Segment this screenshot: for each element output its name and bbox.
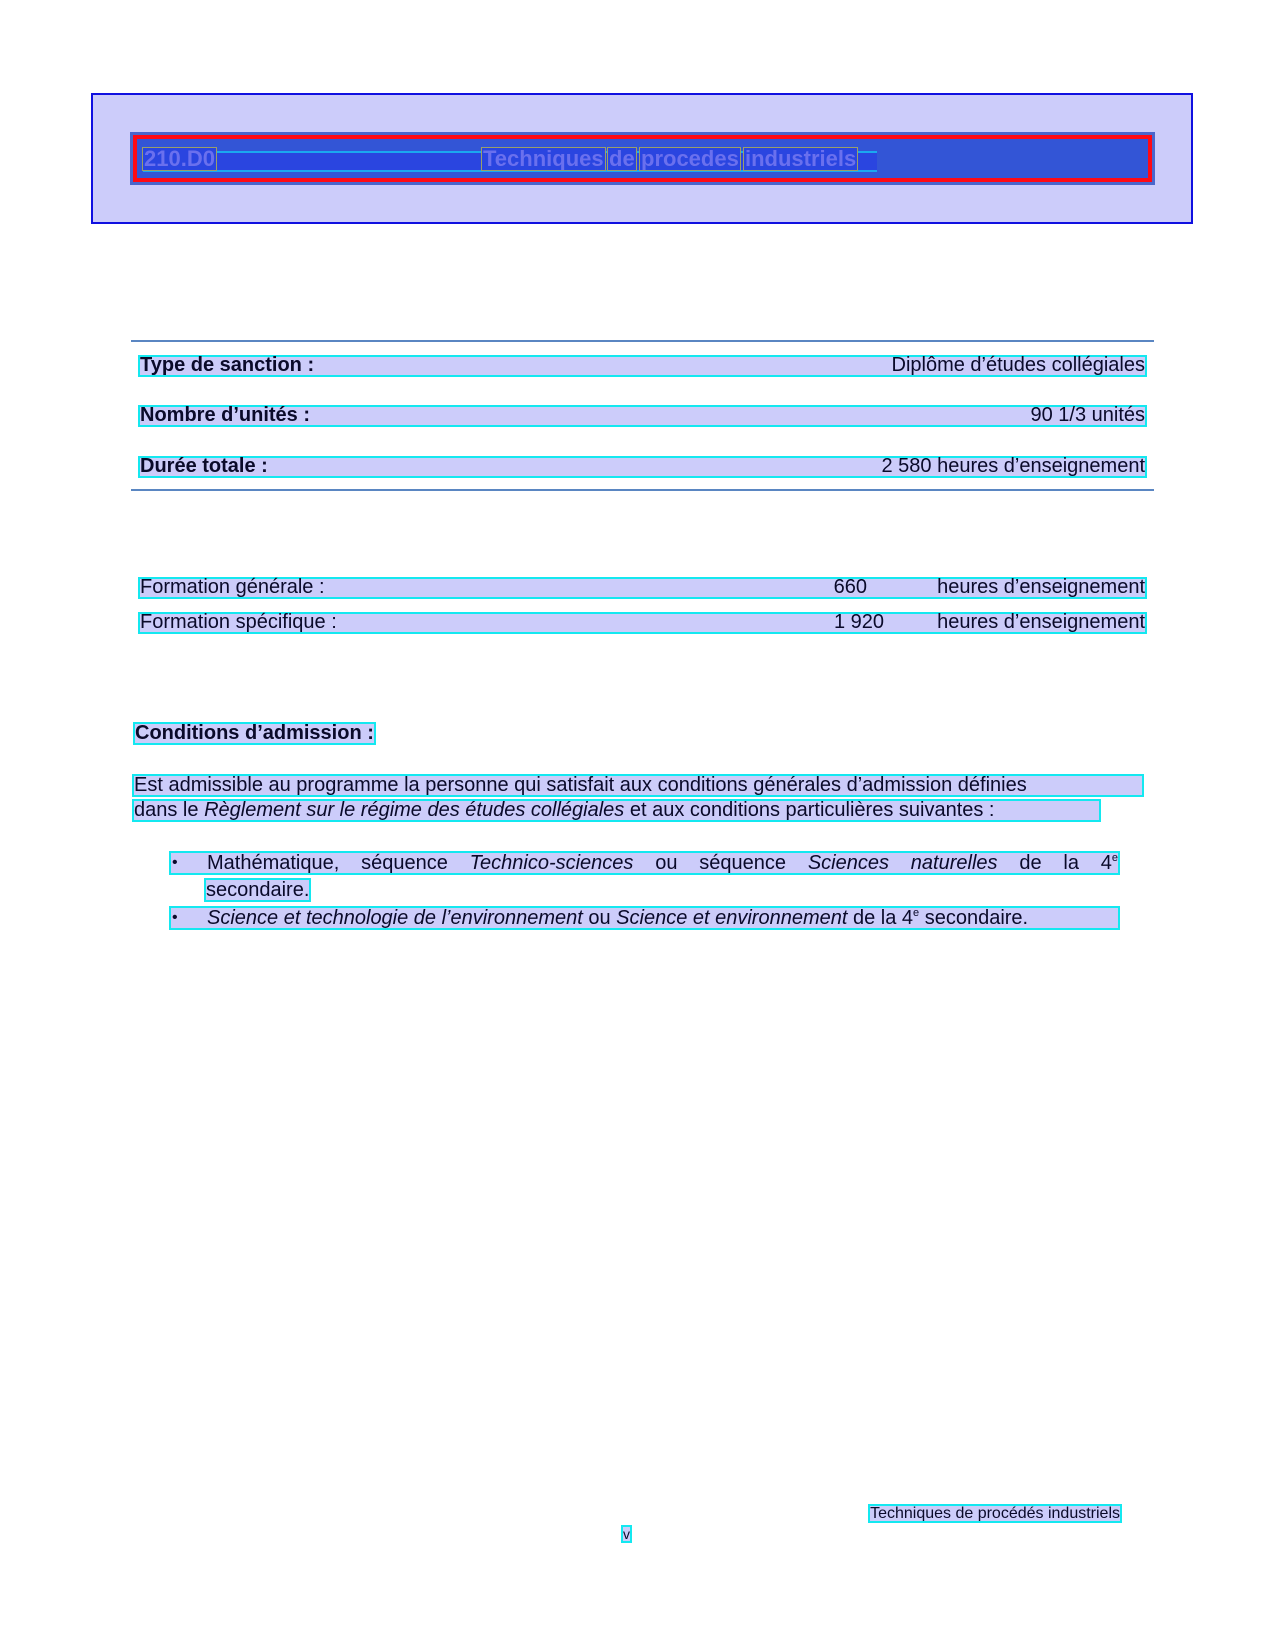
summary-value: 90 1/3 unités bbox=[1030, 404, 1145, 426]
summary-value: Diplôme d’études collégiales bbox=[892, 354, 1145, 376]
bullet-dot-icon: • bbox=[172, 907, 178, 929]
superscript: e bbox=[1112, 852, 1118, 864]
program-title-word: Techniques bbox=[482, 148, 605, 170]
formation-row-generale: Formation générale : 660 heures d’enseig… bbox=[140, 579, 1145, 597]
admission-paragraph-line-2: dans le Règlement sur le régime des étud… bbox=[134, 801, 1099, 820]
text: Mathématique, séquence bbox=[207, 852, 470, 874]
text: dans le bbox=[134, 799, 204, 821]
summary-label: Type de sanction : bbox=[140, 354, 314, 376]
admission-bullet-1: • Mathématique, séquence Technico-scienc… bbox=[171, 853, 1118, 873]
program-title-bar: 210.D0 Techniques de procedes industriel… bbox=[130, 132, 1155, 185]
text: ou séquence bbox=[633, 852, 807, 874]
program-title-word: procedes bbox=[640, 148, 740, 170]
program-title-word: de bbox=[608, 148, 636, 170]
formation-row-specifique: Formation spécifique : 1 920 heures d’en… bbox=[140, 614, 1145, 632]
formation-label: Formation spécifique : bbox=[140, 611, 337, 633]
bullet-dot-icon: • bbox=[172, 852, 178, 874]
program-title-word: industriels bbox=[744, 148, 857, 170]
text: ou bbox=[583, 907, 616, 929]
formation-label: Formation générale : bbox=[140, 576, 325, 598]
regulation-title: Règlement sur le régime des études collé… bbox=[204, 799, 624, 821]
formation-hours: 660 bbox=[834, 576, 867, 598]
formation-unit: heures d’enseignement bbox=[937, 576, 1145, 598]
summary-bottom-rule bbox=[131, 489, 1154, 491]
admission-bullet-2: • Science et technologie de l’environnem… bbox=[171, 908, 1118, 928]
page-number: v bbox=[623, 1527, 630, 1541]
summary-row-sanction: Type de sanction : Diplôme d’études coll… bbox=[140, 357, 1145, 375]
text: de la 4 bbox=[847, 907, 913, 929]
formation-unit: heures d’enseignement bbox=[937, 611, 1145, 633]
summary-row-duration: Durée totale : 2 580 heures d’enseigneme… bbox=[140, 458, 1145, 476]
admission-heading: Conditions d’admission : bbox=[135, 724, 374, 743]
text: de la 4 bbox=[998, 852, 1112, 874]
course-name: Science et environnement bbox=[616, 907, 847, 929]
summary-value: 2 580 heures d’enseignement bbox=[881, 455, 1145, 477]
course-name: Science et technologie de l’environnemen… bbox=[207, 907, 583, 929]
program-title-bar-inner: 210.D0 Techniques de procedes industriel… bbox=[133, 135, 1152, 182]
text: secondaire. bbox=[919, 907, 1028, 929]
admission-bullet-1-continuation: secondaire. bbox=[206, 880, 309, 900]
text: et aux conditions particulières suivante… bbox=[624, 799, 994, 821]
program-code: 210.D0 bbox=[143, 148, 216, 170]
admission-paragraph-line-1: Est admissible au programme la personne … bbox=[134, 776, 1142, 795]
formation-hours: 1 920 bbox=[834, 611, 884, 633]
course-name: Technico-sciences bbox=[470, 852, 634, 874]
summary-row-units: Nombre d’unités : 90 1/3 unités bbox=[140, 407, 1145, 425]
footer-program-name: Techniques de procédés industriels bbox=[870, 1506, 1120, 1521]
summary-label: Nombre d’unités : bbox=[140, 404, 310, 426]
bullet-text: Science et technologie de l’environnemen… bbox=[207, 908, 1028, 928]
summary-label: Durée totale : bbox=[140, 455, 268, 477]
summary-top-rule bbox=[131, 340, 1154, 342]
course-name: Sciences naturelles bbox=[808, 852, 998, 874]
bullet-text: Mathématique, séquence Technico-sciences… bbox=[207, 853, 1118, 873]
